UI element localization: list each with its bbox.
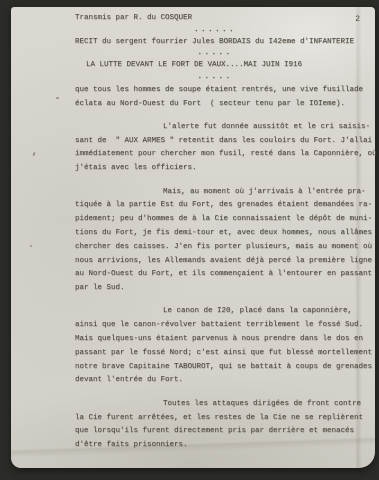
text-line: par le Sud. — [75, 282, 369, 296]
text-line: nous arrivions, les Allemands avaient dé… — [75, 255, 369, 269]
transmitted-by-line: Transmis par R. du COSQUER — [75, 13, 369, 25]
document-page: 2 Transmis par R. du COSQUER ...... RECI… — [11, 7, 375, 468]
document-title-line: LA LUTTE DEVANT LE FORT DE VAUX....MAI J… — [75, 60, 369, 72]
text-line: pidement; peu d'hommes de à la Cie conna… — [75, 213, 369, 227]
text-line: j'étais avec les officiers. — [75, 162, 369, 176]
text-line: chercher des caisses. J'en fis porter pl… — [75, 241, 369, 255]
text-line: L'alerte fut donnée aussitôt et le cri s… — [75, 121, 369, 135]
text-line: éclata au Nord-Ouest du Fort ( secteur t… — [75, 98, 369, 112]
paper-speck — [32, 152, 35, 156]
text-line: tions du Fort, je fis demi-tour et, avec… — [75, 227, 369, 241]
paragraph: Mais, au moment où j'arrivais à l'entrée… — [75, 186, 369, 296]
text-line: immédiatement pour chercher mon fusil, r… — [75, 148, 369, 162]
paragraph: Le canon de I20, placé dans la caponnièr… — [75, 305, 369, 388]
text-line: Le canon de I20, placé dans la caponnièr… — [75, 305, 369, 319]
dots-separator: ..... — [75, 48, 369, 60]
dots-separator: ...... — [75, 25, 369, 37]
typewritten-content: Transmis par R. du COSQUER ...... RECIT … — [75, 13, 369, 462]
text-line: notre brave Capitaine TABOUROT, qui se b… — [75, 361, 369, 375]
paragraph: que tous les hommes de soupe étaient ren… — [75, 84, 369, 112]
paragraph: L'alerte fut donnée aussitôt et le cri s… — [75, 121, 369, 176]
text-line: passant par le fossé Nord; c'est ainsi q… — [75, 347, 369, 361]
text-line: que tous les hommes de soupe étaient ren… — [75, 84, 369, 98]
text-line: ainsi que le canon-révolver battaient te… — [75, 319, 369, 333]
text-line: tiquée à la partie Est du Fort, des gren… — [75, 199, 369, 213]
paragraph: Toutes les attaques dirigées de front co… — [75, 398, 369, 453]
paper-speck — [30, 245, 32, 247]
scan-background: 2 Transmis par R. du COSQUER ...... RECI… — [0, 0, 379, 480]
text-line: devant l'entrée du Fort. — [75, 374, 369, 388]
text-line: d'être faits prisonniers. — [75, 439, 369, 453]
dots-separator: ..... — [75, 72, 369, 84]
paper-speck — [56, 97, 59, 99]
text-line: au Nord-Ouest du Fort, et ils commençaie… — [75, 268, 369, 282]
text-line: Mais quelques-uns étaient parvenus à nou… — [75, 333, 369, 347]
text-line: Toutes les attaques dirigées de front co… — [75, 398, 369, 412]
text-line: que lorsqu'ils furent directement pris p… — [75, 425, 369, 439]
text-line: Mais, au moment où j'arrivais à l'entrée… — [75, 186, 369, 200]
recit-title-line: RECIT du sergent fourrier Jules BORDAIS … — [75, 37, 369, 49]
text-line: sant de " AUX ARMES " retentit dans les … — [75, 135, 369, 149]
text-line: la Cie furent arrêtées, et les restes de… — [75, 412, 369, 426]
